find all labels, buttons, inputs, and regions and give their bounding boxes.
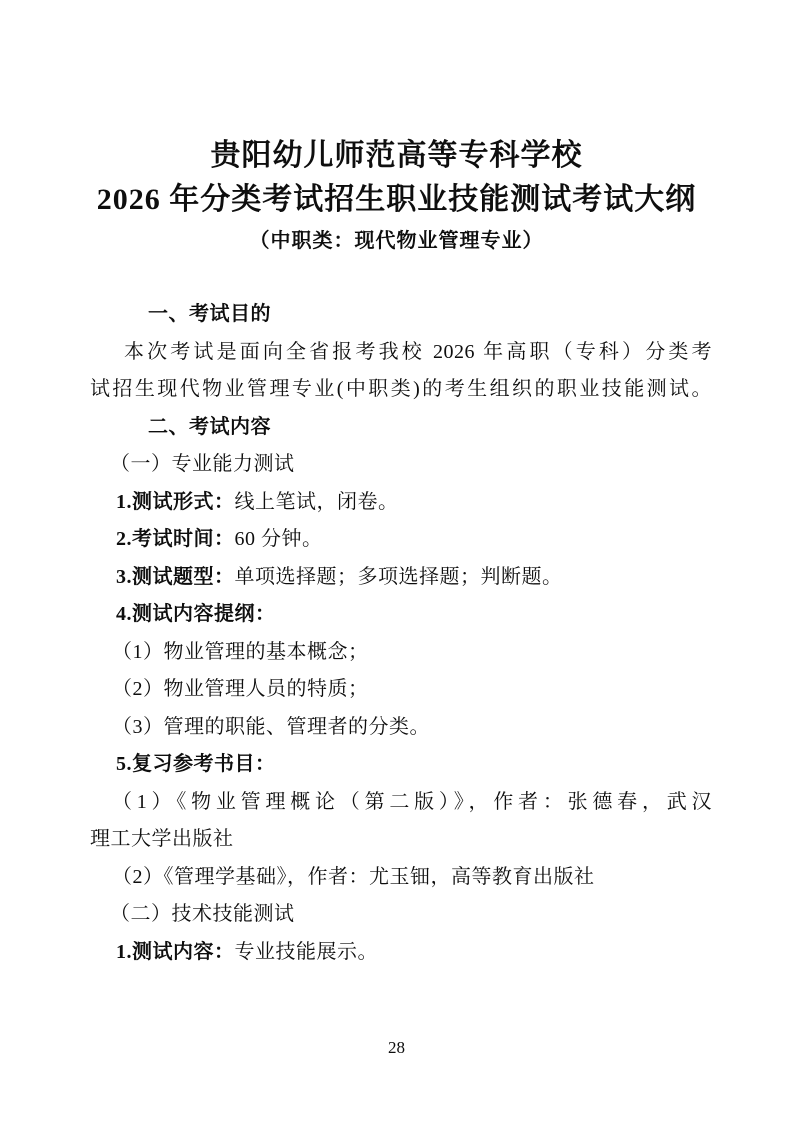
item-reference-books-label: 5.复习参考书目： <box>116 753 276 775</box>
item-question-types: 3.测试题型：单项选择题；多项选择题；判断题。 <box>90 559 712 597</box>
section-heading-exam-content: 二、考试内容 <box>90 409 712 447</box>
item-test-format-value: 线上笔试，闭卷。 <box>235 491 399 513</box>
outline-point-1: （1）物业管理的基本概念； <box>90 634 712 672</box>
outline-point-3: （3）管理的职能、管理者的分类。 <box>90 709 712 747</box>
item-test-content: 1.测试内容：专业技能展示。 <box>90 934 712 972</box>
page-number: 28 <box>0 1036 793 1060</box>
item-test-format: 1.测试形式：线上笔试，闭卷。 <box>90 484 712 522</box>
subsection-professional-ability-test: （一）专业能力测试 <box>90 446 712 484</box>
paragraph-exam-purpose-line2: 试招生现代物业管理专业(中职类)的考生组织的职业技能测试。 <box>90 371 712 409</box>
document-title-block: 贵阳幼儿师范高等专科学校 2026 年分类考试招生职业技能测试考试大纲 （中职类… <box>0 0 793 258</box>
item-exam-duration-label: 2.考试时间： <box>116 528 235 550</box>
doc-subtitle: （中职类：现代物业管理专业） <box>0 224 793 258</box>
section-heading-exam-purpose: 一、考试目的 <box>90 296 712 334</box>
item-content-outline: 4.测试内容提纲： <box>90 596 712 634</box>
item-test-content-label: 1.测试内容： <box>116 941 235 963</box>
paragraph-exam-purpose-line1: 本次考试是面向全省报考我校 2026 年高职（专科）分类考 <box>90 334 712 372</box>
document-page: 贵阳幼儿师范高等专科学校 2026 年分类考试招生职业技能测试考试大纲 （中职类… <box>0 0 793 1122</box>
doc-title-line2: 2026 年分类考试招生职业技能测试考试大纲 <box>0 178 793 222</box>
item-exam-duration-value: 60 分钟。 <box>235 528 323 550</box>
item-test-format-label: 1.测试形式： <box>116 491 235 513</box>
doc-title-line1: 贵阳幼儿师范高等专科学校 <box>0 134 793 178</box>
outline-point-2: （2）物业管理人员的特质； <box>90 671 712 709</box>
subsection-technical-skill-test: （二）技术技能测试 <box>90 896 712 934</box>
item-exam-duration: 2.考试时间：60 分钟。 <box>90 521 712 559</box>
reference-book-1-line2: 理工大学出版社 <box>90 821 712 859</box>
item-question-types-value: 单项选择题；多项选择题；判断题。 <box>235 566 563 588</box>
item-question-types-label: 3.测试题型： <box>116 566 235 588</box>
item-test-content-value: 专业技能展示。 <box>235 941 379 963</box>
item-reference-books: 5.复习参考书目： <box>90 746 712 784</box>
reference-book-2: （2）《管理学基础》，作者：尤玉钿，高等教育出版社 <box>90 859 712 897</box>
document-body: 一、考试目的 本次考试是面向全省报考我校 2026 年高职（专科）分类考 试招生… <box>90 296 712 971</box>
reference-book-1-line1: （1）《物业管理概论（第二版）》，作者：张德春，武汉 <box>90 784 712 822</box>
item-content-outline-label: 4.测试内容提纲： <box>116 603 276 625</box>
